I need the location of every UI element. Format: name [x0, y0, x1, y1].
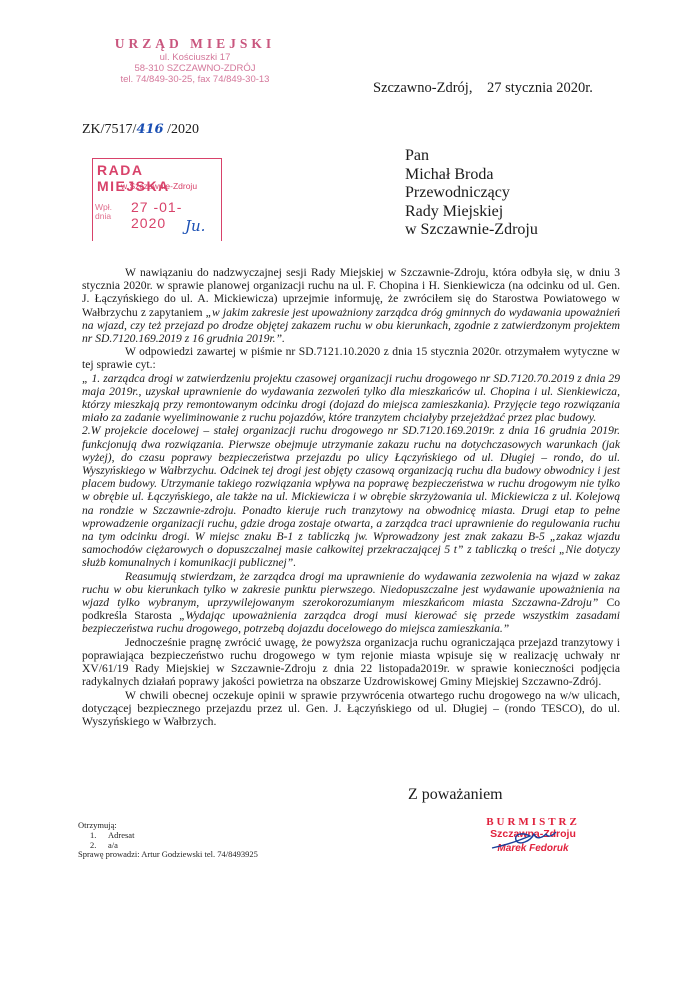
- recipient-line: w Szczawnie-Zdroju: [405, 221, 538, 240]
- office-phone: tel. 74/849-30-25, fax 74/849-30-13: [100, 74, 290, 85]
- recipient-line: Pan: [405, 147, 538, 166]
- handwritten-signature-icon: [490, 828, 560, 850]
- received-label-2: dnia: [95, 212, 112, 221]
- recipient-line: Rady Miejskiej: [405, 203, 538, 222]
- distribution-list: Otrzymują: 1.Adresat 2.a/a Sprawę prowad…: [78, 821, 258, 860]
- item-label: Adresat: [108, 830, 134, 840]
- paragraph-1: W nawiązaniu do nadzwyczajnej sesji Rady…: [82, 266, 620, 345]
- office-street: ul. Kościuszki 17: [100, 52, 290, 63]
- recipient-line: Przewodniczący: [405, 184, 538, 203]
- received-stamp: RADA MIEJSKA w Szczawnie-Zdroju Wpł. dni…: [92, 158, 222, 241]
- received-stamp-label: Wpł. dnia: [95, 203, 112, 221]
- received-initials: Ju.: [185, 217, 205, 235]
- reference-number: ZK/7517/416 /2020: [82, 122, 199, 138]
- paragraph-4-quote: 2.W projekcie docelowej – stałej organiz…: [82, 424, 620, 569]
- received-stamp-subtitle: w Szczawnie-Zdroju: [121, 181, 197, 191]
- place-date: Szczawno-Zdrój, 27 stycznia 2020r.: [373, 80, 593, 97]
- office-city: 58-310 SZCZAWNO-ZDRÓJ: [100, 63, 290, 74]
- handled-by: Sprawę prowadzi: Artur Godziewski tel. 7…: [78, 850, 258, 860]
- signature-stamp-title: BURMISTRZ: [478, 816, 588, 828]
- paragraph-2: W odpowiedzi zawartej w piśmie nr SD.712…: [82, 345, 620, 371]
- paragraph-3-quote: „ 1. zarządca drogi w zatwierdzeniu proj…: [82, 372, 620, 425]
- paragraph-5-quote: Reasumują stwierdzam, że zarządca drogi …: [82, 570, 620, 609]
- reference-handwritten: 416: [136, 122, 163, 137]
- paragraph-3: „ 1. zarządca drogi w zatwierdzeniu proj…: [82, 372, 620, 425]
- letterhead-stamp: URZĄD MIEJSKI ul. Kościuszki 17 58-310 S…: [100, 36, 290, 85]
- reference-prefix: ZK/7517/: [82, 122, 136, 137]
- paragraph-5: Reasumują stwierdzam, że zarządca drogi …: [82, 570, 620, 636]
- distribution-item: 1.Adresat: [78, 831, 258, 841]
- paragraph-4: 2.W projekcie docelowej – stałej organiz…: [82, 424, 620, 569]
- paragraph-7: W chwili obecnej oczekuje opinii w spraw…: [82, 689, 620, 729]
- closing-salutation: Z poważaniem: [408, 786, 503, 804]
- letter-body: W nawiązaniu do nadzwyczajnej sesji Rady…: [82, 266, 620, 728]
- recipient-line: Michał Broda: [405, 166, 538, 185]
- item-label: a/a: [108, 840, 118, 850]
- distribution-heading: Otrzymują:: [78, 821, 258, 831]
- paragraph-6: Jednocześnie pragnę zwrócić uwagę, że po…: [82, 636, 620, 689]
- recipient-block: Pan Michał Broda Przewodniczący Rady Mie…: [405, 147, 538, 240]
- office-name: URZĄD MIEJSKI: [100, 36, 290, 52]
- reference-suffix: /2020: [164, 122, 199, 137]
- received-date: 27 -01- 2020: [131, 199, 221, 231]
